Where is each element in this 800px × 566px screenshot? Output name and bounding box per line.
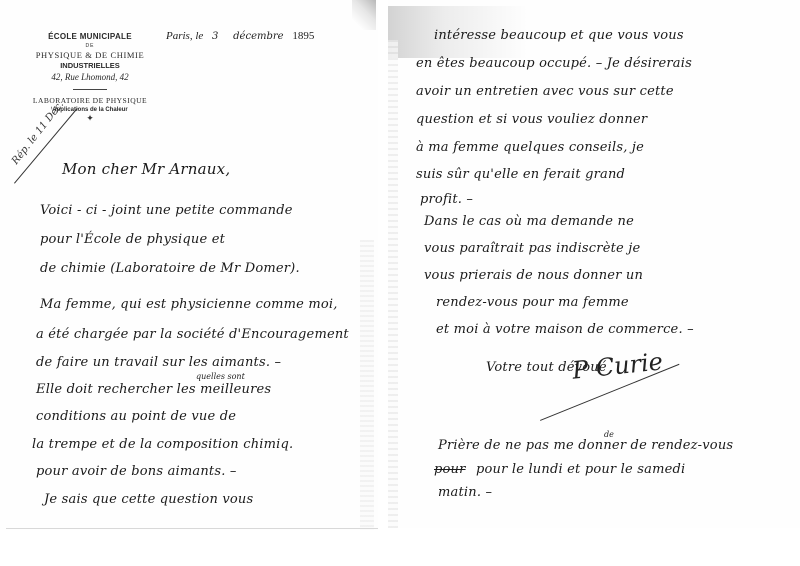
scan-edge-noise [360, 240, 374, 530]
letter-line: avoir un entretien avec vous sur cette [416, 84, 674, 99]
dateline-year: 1895 [292, 30, 314, 42]
letterhead-divider [73, 89, 107, 90]
letter-line: intéresse beaucoup et que vous vous [434, 28, 684, 43]
postscript-superscript: de [604, 430, 614, 439]
dateline-day: 3 [212, 31, 218, 42]
letter-line: vous paraîtrait pas indiscrète je [424, 241, 640, 256]
letter-line: profit. – [420, 192, 473, 207]
scan-shadow [352, 0, 376, 30]
letter-line: pour l'École de physique et [40, 232, 225, 247]
struck-word: pour [434, 462, 466, 477]
postscript-line: matin. – [438, 485, 492, 500]
letter-line: vous prierais de nous donner un [424, 268, 643, 283]
letter-line: Je sais que cette question vous [44, 492, 253, 507]
letterhead-school: ÉCOLE MUNICIPALE [20, 32, 160, 42]
letterhead-address: 42, Rue Lhomond, 42 [20, 71, 160, 83]
letterhead-physique-chimie: PHYSIQUE & DE CHIMIE [20, 50, 160, 61]
salutation: Mon cher Mr Arnaux, [62, 160, 230, 178]
letter-page-right: intéresse beaucoup et que vous vous en ê… [388, 0, 800, 528]
postscript-line: pour le lundi et pour le samedi [476, 462, 685, 477]
letterhead-de: DE [20, 42, 160, 50]
letter-line: de chimie (Laboratoire de Mr Domer). [40, 261, 300, 276]
letterhead-laboratory: LABORATOIRE DE PHYSIQUE [20, 96, 160, 106]
letter-line: et moi à votre maison de commerce. – [436, 322, 694, 337]
letter-line: de faire un travail sur les aimants. – [36, 355, 281, 370]
dateline: Paris, le 3 décembre 1895 [166, 30, 314, 42]
letterhead-industrielles: INDUSTRIELLES [20, 61, 160, 71]
letter-line: a été chargée par la société d'Encourage… [36, 327, 349, 342]
postscript-line: Prière de ne pas me donner de rendez-vou… [438, 438, 733, 453]
letter-line: suis sûr qu'elle en ferait grand [416, 167, 625, 182]
interlinear-insertion: quelles sont [196, 372, 245, 381]
letter-line: conditions au point de vue de [36, 409, 236, 424]
letter-line: en êtes beaucoup occupé. – Je désirerais [416, 56, 692, 71]
letter-page-left: ÉCOLE MUNICIPALE DE PHYSIQUE & DE CHIMIE… [0, 0, 378, 530]
letter-line: Voici - ci - joint une petite commande [40, 203, 293, 218]
letter-line: la trempe et de la composition chimiq. [32, 437, 293, 452]
page-bottom-edge [6, 528, 378, 529]
scan-edge-noise [388, 40, 398, 528]
letterhead: ÉCOLE MUNICIPALE DE PHYSIQUE & DE CHIMIE… [20, 32, 160, 122]
letter-line: pour avoir de bons aimants. – [36, 464, 237, 479]
letter-line: Ma femme, qui est physicienne comme moi, [40, 297, 338, 312]
letter-line: à ma femme quelques conseils, je [416, 140, 644, 155]
letter-line: Elle doit rechercher les meilleures [36, 382, 271, 397]
letter-line: rendez-vous pour ma femme [436, 295, 629, 310]
dateline-month: décembre [233, 31, 283, 42]
letter-line: Dans le cas où ma demande ne [424, 214, 634, 229]
letter-line: question et si vous vouliez donner [416, 112, 647, 127]
dateline-printed: Paris, le [166, 30, 203, 42]
